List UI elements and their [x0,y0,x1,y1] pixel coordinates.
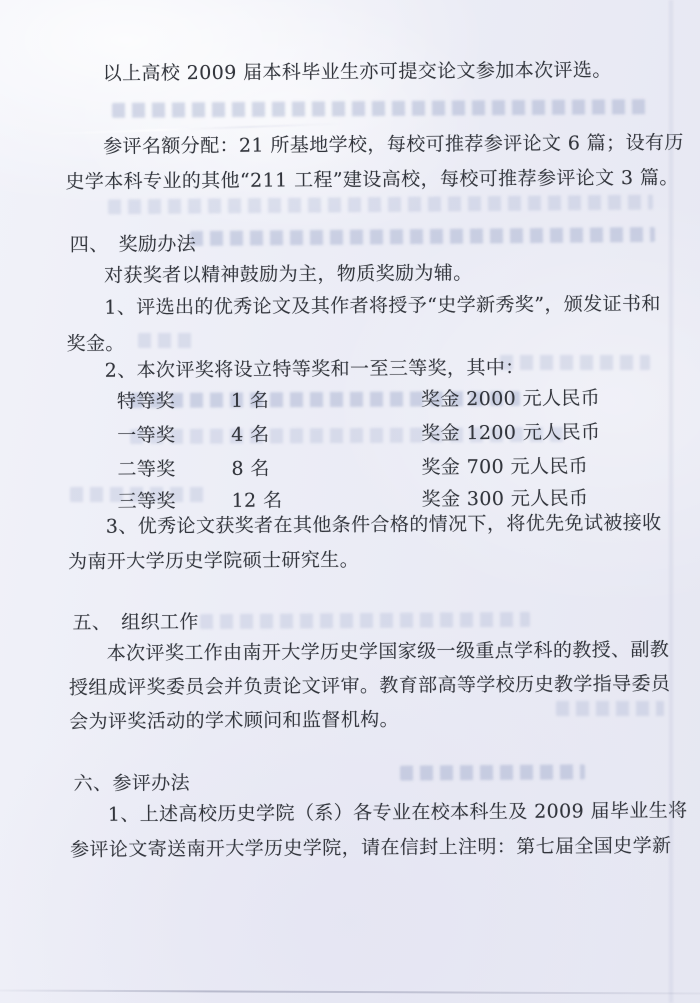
section4-item2: 2、本次评奖将设立特等奖和一至三等奖，其中： [105,357,525,382]
award-prize: 奖金 700 元人民币 [421,455,588,478]
section4-item1-l2: 奖金。 [66,333,124,355]
section6-item1-l1: 1、上述高校历史学院（系）各专业在校本科生及 2009 届毕业生将 [108,800,688,826]
award-grade: 二等奖 [117,458,175,480]
award-grade: 一等奖 [117,424,175,446]
award-quota: 1 名 [231,390,269,412]
quota-paragraph-l2: 史学本科专业的其他“211 工程”建设高校，每校可推荐参评论文 3 篇。 [65,167,678,193]
scanned-document-page: 以上高校 2009 届本科毕业生亦可提交论文参加本次评选。 参评名额分配：21 … [0,0,700,1003]
section4-item3-l2: 为南开大学历史学院硕士研究生。 [68,549,359,573]
section4-heading: 四、 奖励办法 [70,233,196,256]
award-prize: 奖金 1200 元人民币 [421,421,600,444]
award-row: 一等奖 4 名 奖金 1200 元人民币 [0,421,699,450]
award-grade: 特等奖 [117,390,175,412]
award-quota: 4 名 [231,424,269,446]
award-row: 二等奖 8 名 奖金 700 元人民币 [0,455,699,484]
section6-heading: 六、参评办法 [74,772,191,795]
award-row: 三等奖 12 名 奖金 300 元人民币 [0,487,700,516]
section4-intro: 对获奖者以精神鼓励为主，物质奖励为辅。 [104,262,473,287]
section4-item1-l1: 1、评选出的优秀论文及其作者将授予“史学新秀奖”，颁发证书和 [104,293,661,319]
section5-body-l2: 授组成评奖委员会并负责论文评审。教育部高等学校历史教学指导委员 [69,673,671,699]
quota-paragraph-l1: 参评名额分配：21 所基地学校，每校可推荐参评论文 6 篇；设有历 [103,132,684,158]
award-prize: 奖金 300 元人民币 [422,487,589,510]
section5-body-l1: 本次评奖工作由南开大学历史学国家级一级重点学科的教授、副教 [107,639,670,665]
paper-crease [668,0,674,1003]
section4-item3-l1: 3、优秀论文获奖者在其他条件合格的情况下，将优先免试被接收 [106,512,662,538]
award-prize: 奖金 2000 元人民币 [421,387,600,410]
document-text-layer: 以上高校 2009 届本科毕业生亦可提交论文参加本次评选。 参评名额分配：21 … [0,0,700,1003]
section5-heading: 五、 组织工作 [72,611,198,634]
award-quota: 12 名 [232,489,283,511]
intro-line: 以上高校 2009 届本科毕业生亦可提交论文参加本次评选。 [103,59,612,85]
award-row: 特等奖 1 名 奖金 2000 元人民币 [0,387,699,416]
section5-body-l3: 会为评奖活动的学术顾问和监督机构。 [69,709,399,733]
award-quota: 8 名 [231,458,269,480]
section6-item1-l2: 参评论文寄送南开大学历史学院，请在信封上注明：第七届全国史学新 [70,835,672,861]
award-grade: 三等奖 [118,490,176,512]
